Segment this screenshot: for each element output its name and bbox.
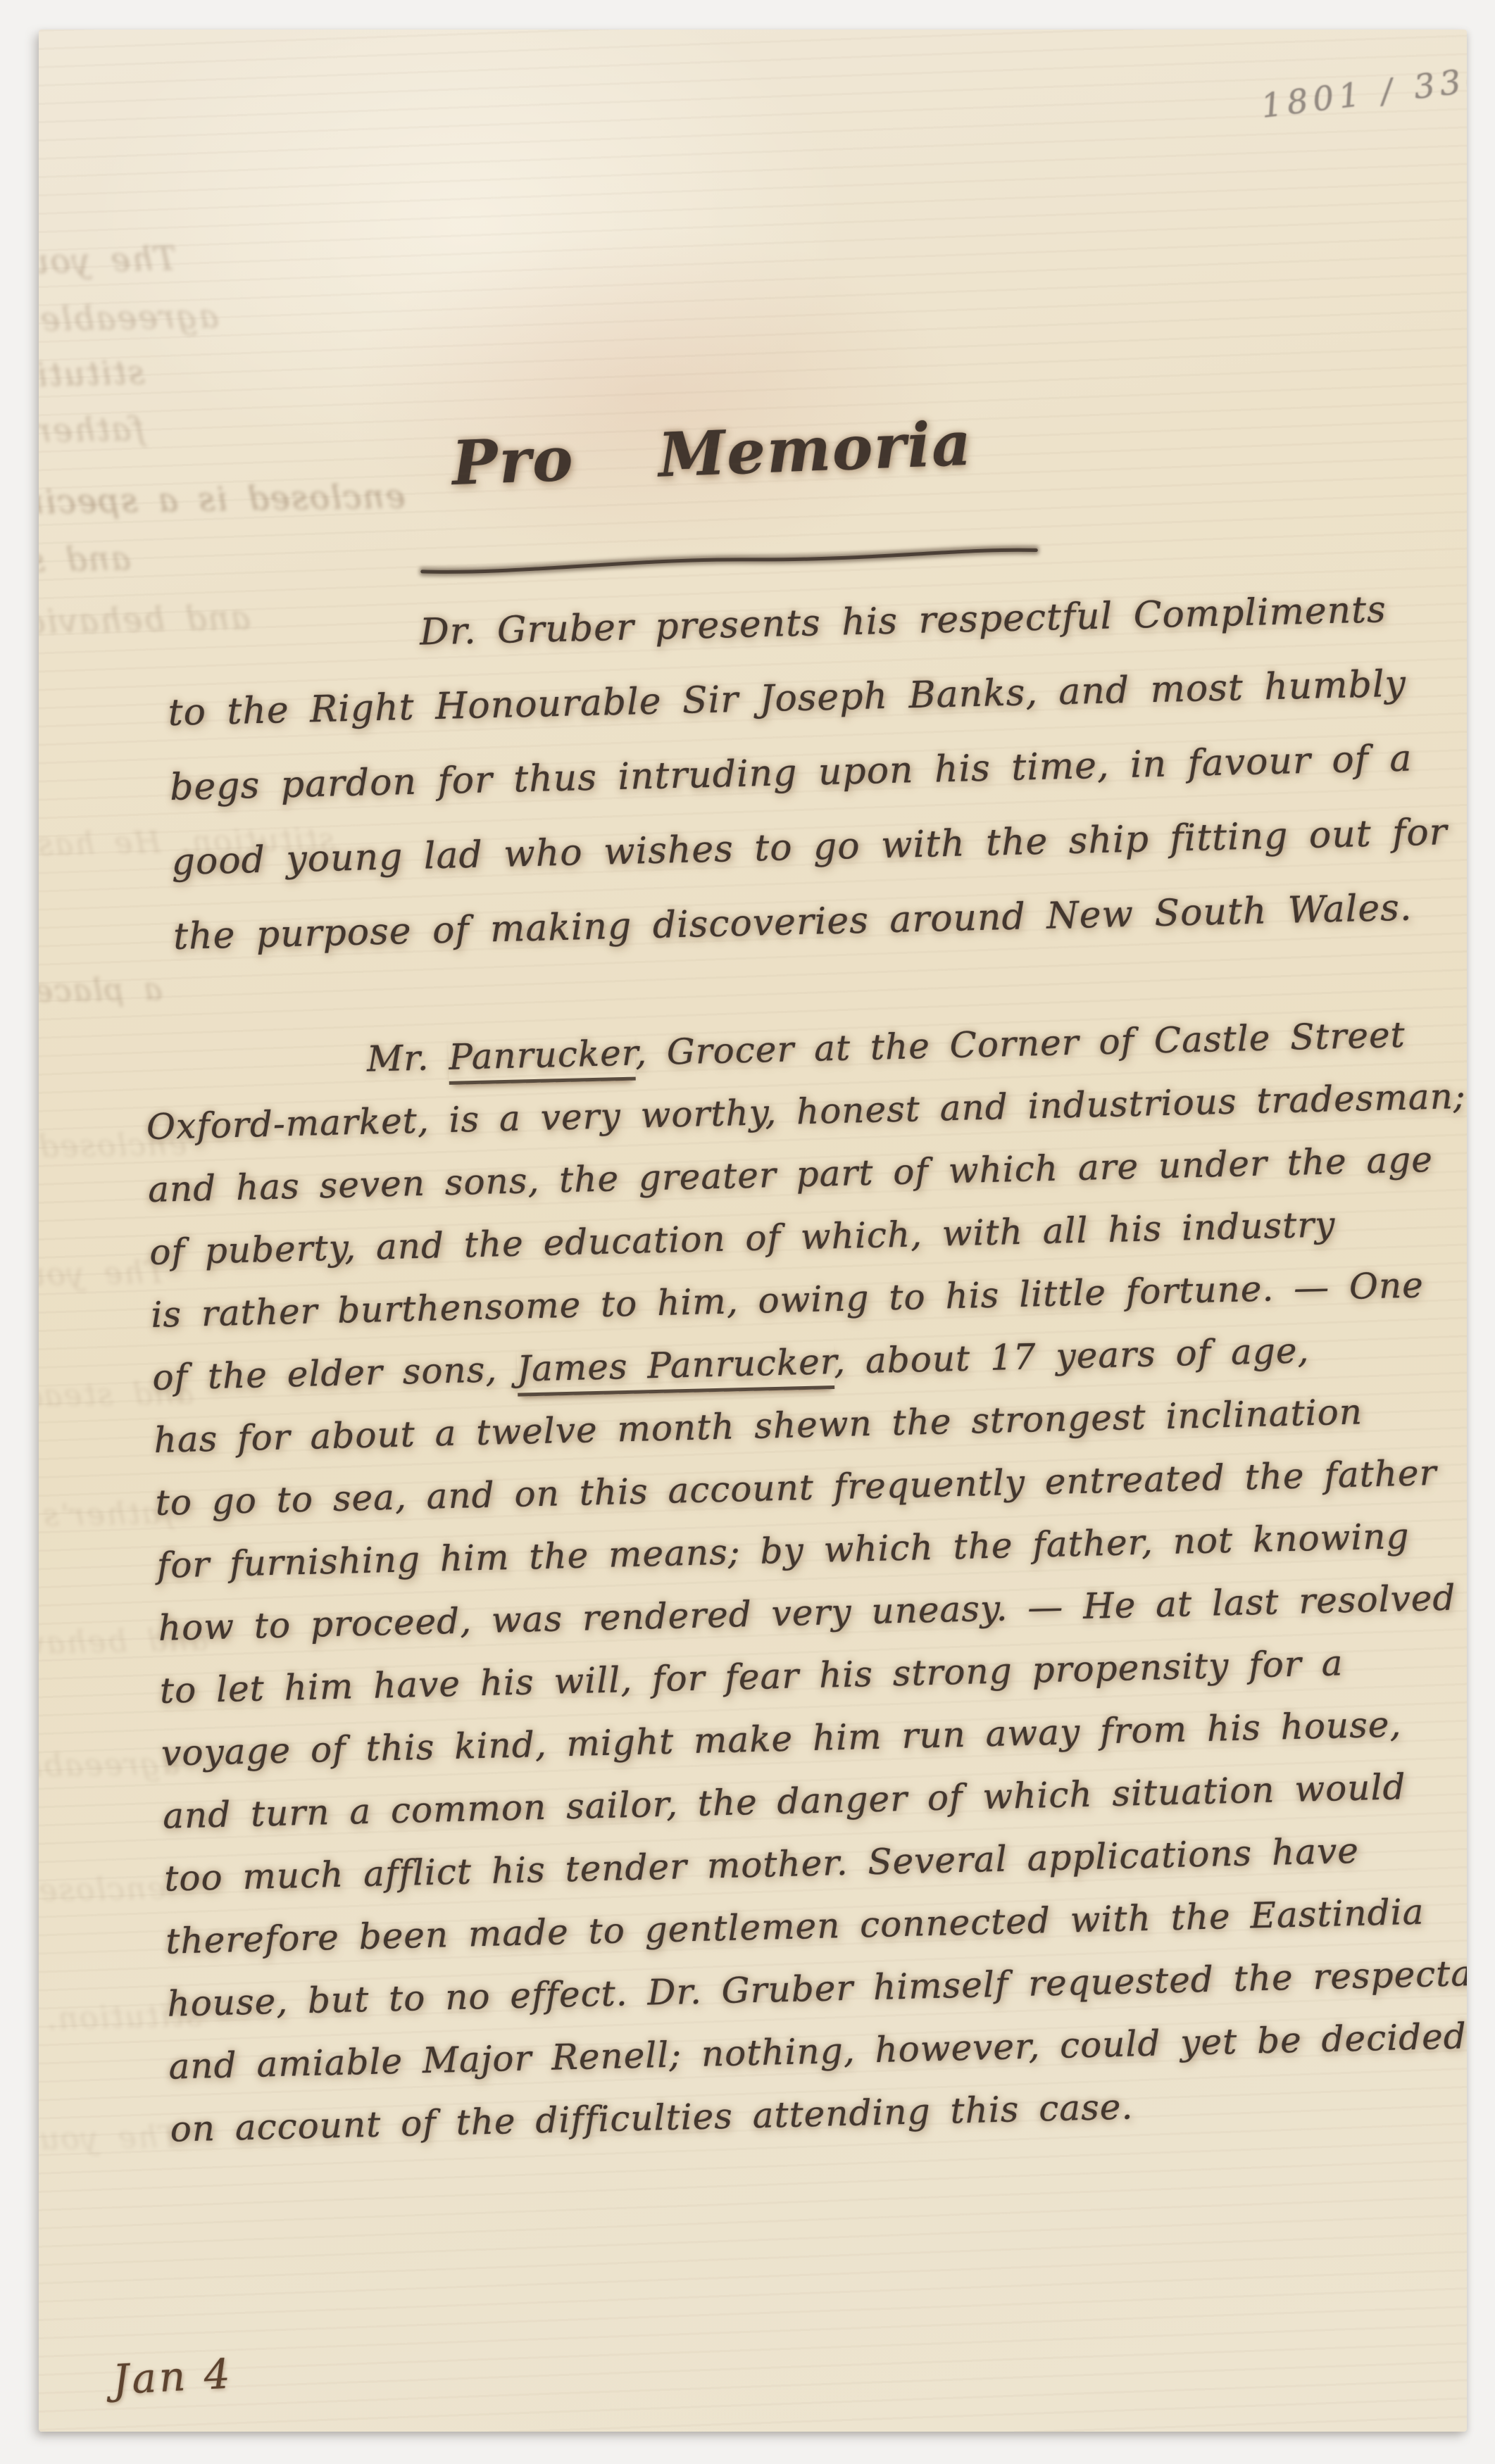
bleed-through-line: and steady, of a very sweet and obedient… [39,539,131,605]
archive-number-pencil: 1801 / 336 [1259,59,1467,126]
manuscript-text: , about 17 years of age, [833,1330,1310,1382]
bleed-through-line: father's trade and served to him as a sk… [39,1495,173,1550]
scan-backdrop: The young Panrucker is about 5 feet 5 in… [0,0,1495,2464]
manuscript-text: on account of the difficulties attending… [170,2086,1134,2149]
date-note: Jan 4 [111,2350,234,2404]
paragraph-panrucker: Mr. Panrucker, Grocer at the Corner of C… [144,1003,1452,2161]
bleed-through-line: a place in the above mentioned ship, eve… [39,972,163,1025]
bleed-through-line: The young Panrucker is about 5 feet 5 in… [39,239,177,305]
paper: The young Panrucker is about 5 feet 5 in… [39,30,1467,2432]
manuscript-text: begs pardon for thus intruding upon his … [170,737,1413,809]
manuscript-text: to the Right Honourable Sir Joseph Banks… [168,663,1407,734]
bleed-through-line: father's trade and served to him as a sk… [39,410,145,470]
underlined-name: James Panrucker [516,1341,834,1397]
bleed-through-line: enclosed is a specimen of his hand writi… [39,1871,166,1926]
bleed-through-line: The young Panrucker is about 5 feet 5 in… [39,2119,180,2171]
manuscript-text: the purpose of making discoveries around… [173,886,1413,957]
page-title: Pro Memoria [451,408,974,499]
title-underline-flourish [419,534,1039,583]
underline-flourish-stroke [419,534,1039,583]
manuscript-text: good young lad who wishes to go with the… [171,811,1448,884]
manuscript-text: of the elder sons, [152,1349,518,1398]
manuscript-text: , Grocer at the Corner of Castle Street [634,1014,1406,1074]
bleed-through-line: agreeable stature and of a very good hea… [39,297,219,354]
bleed-through-line: agreeable stature and of a very good hea… [39,1746,180,1796]
bleed-through-line: enclosed is a specimen of his hand writi… [39,477,406,535]
bleed-through-line: The young Panrucker is about 5 feet 5 in… [39,1255,166,1310]
manuscript-text: Dr. Gruber presents his respectful Compl… [419,589,1387,653]
manuscript-text: Mr. [366,1037,449,1080]
underlined-name: Panrucker [449,1033,636,1085]
paragraph-introduction: Dr. Gruber presents his respectful Compl… [165,572,1434,974]
